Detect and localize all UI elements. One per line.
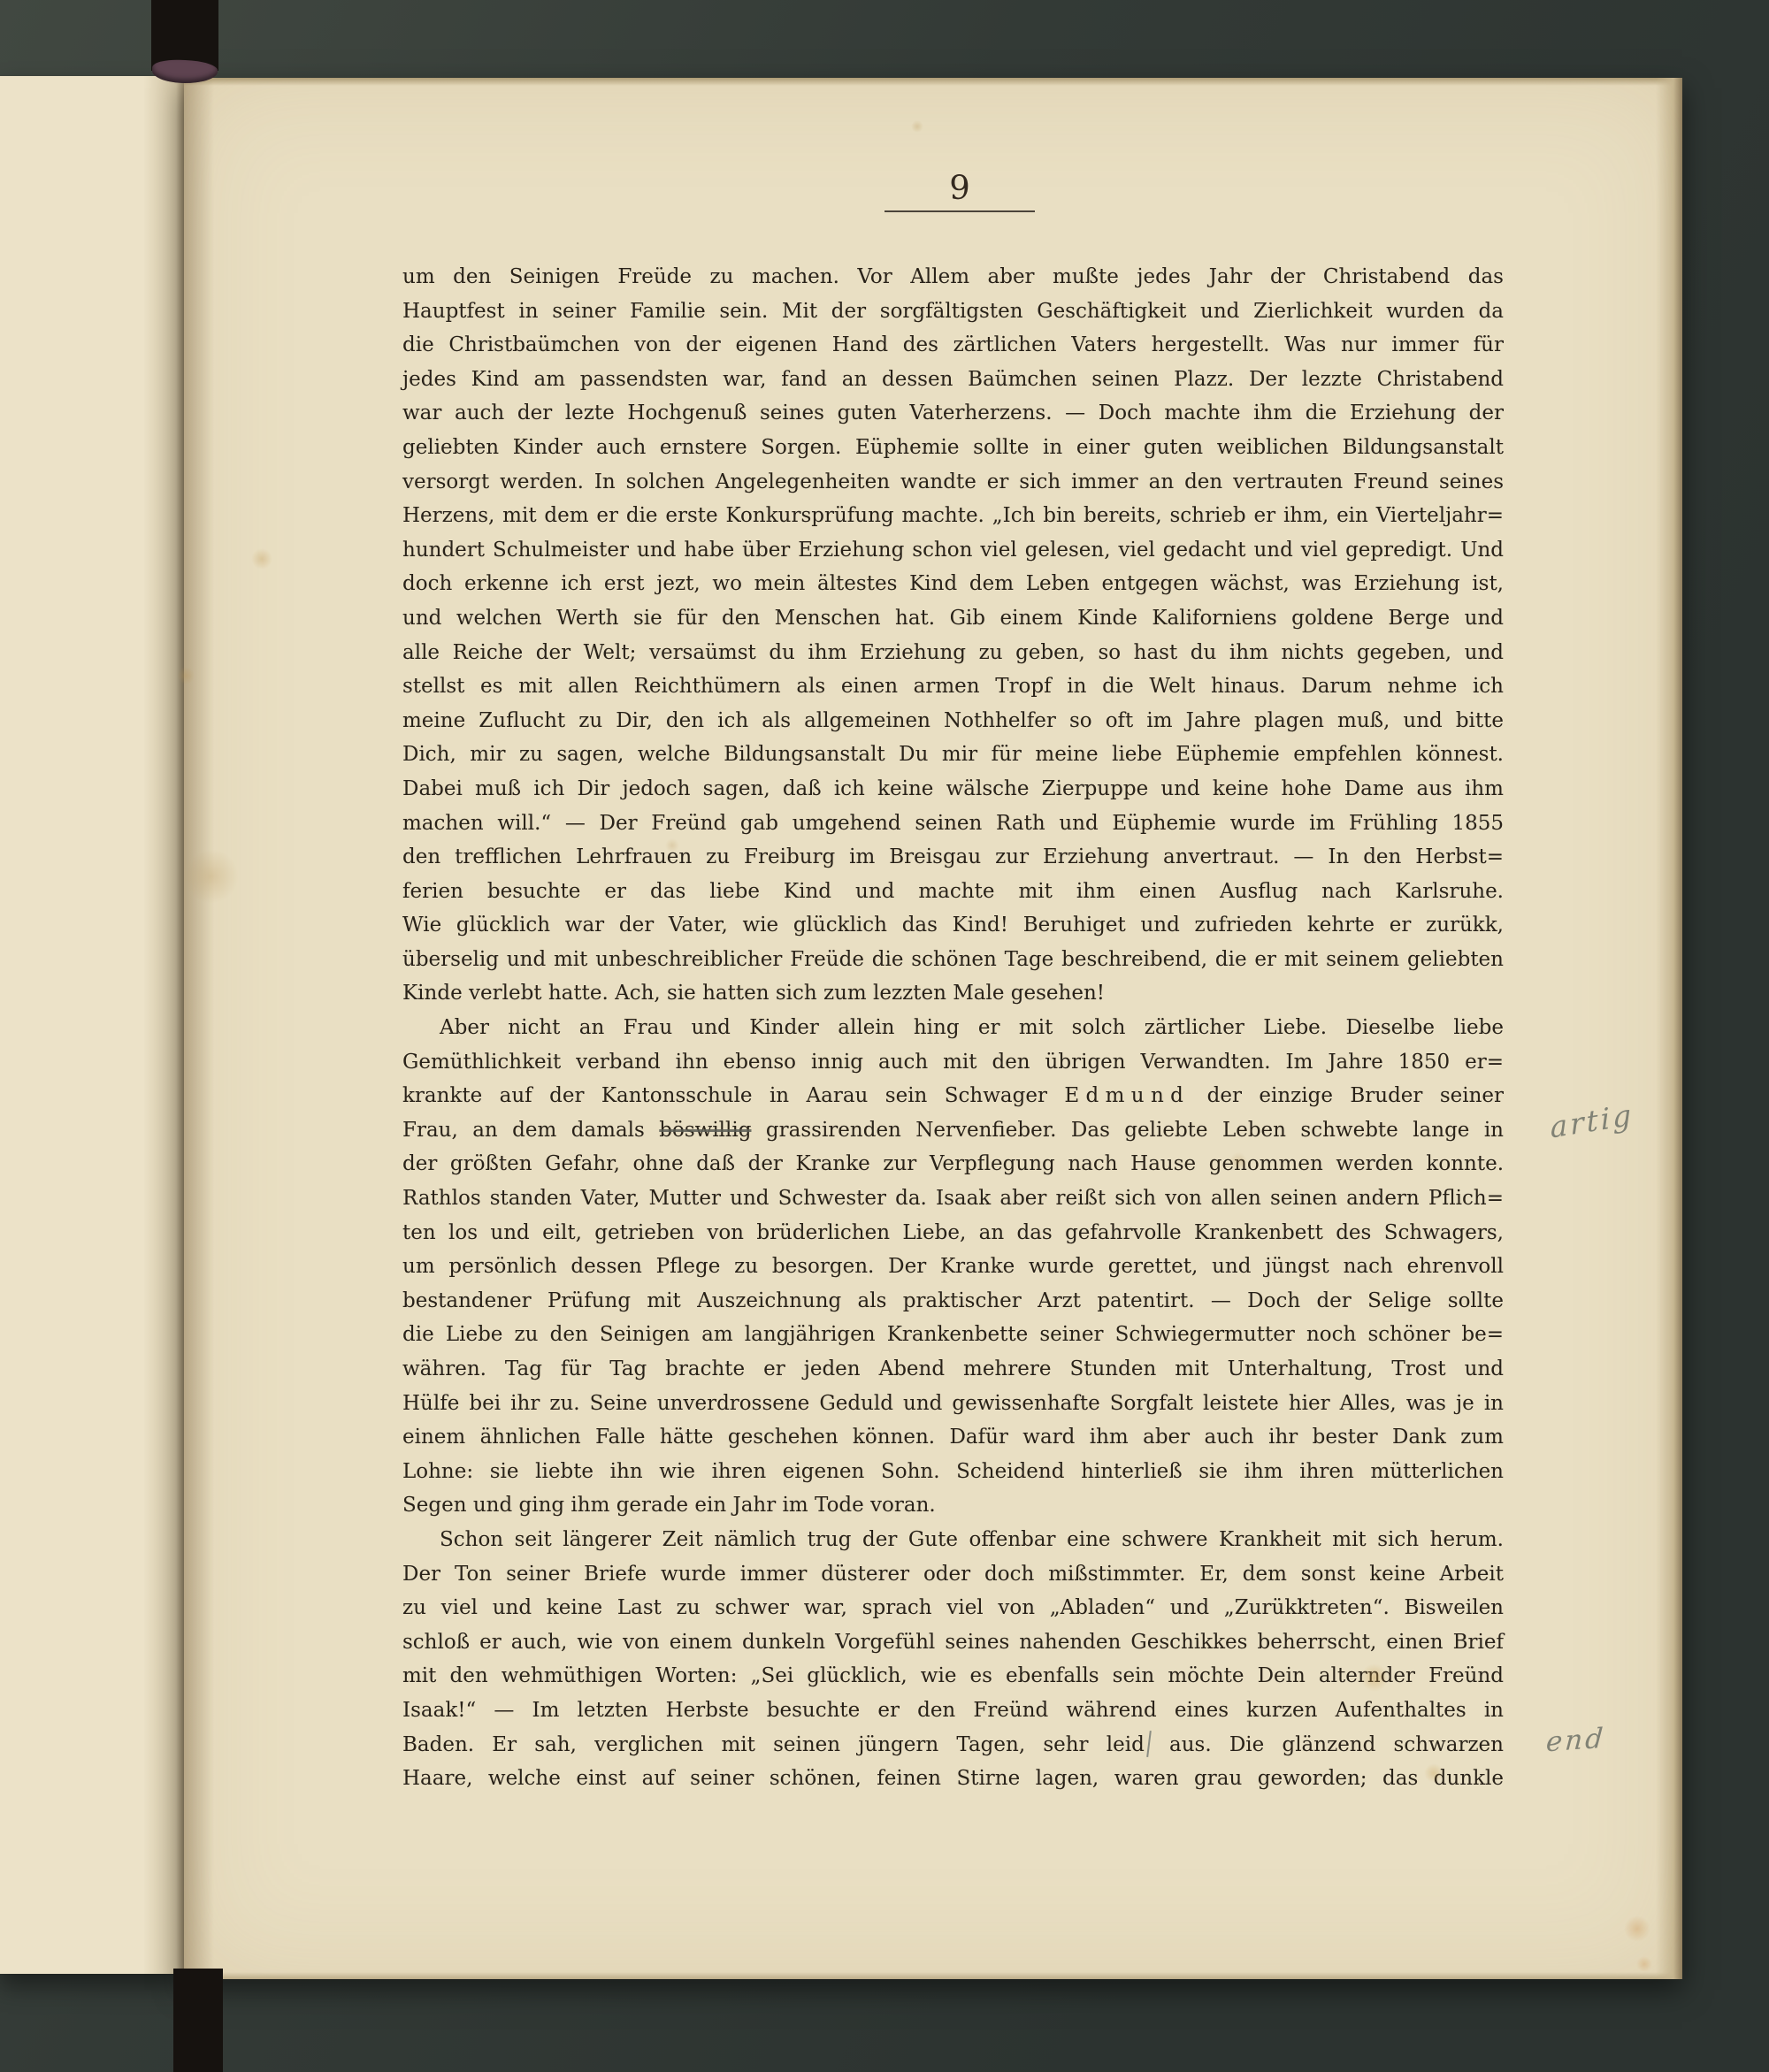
- text-line: schloß er auch, wie von einem dunkeln Vo…: [402, 1625, 1504, 1660]
- text-line: Hülfe bei ihr zu. Seine unverdrossene Ge…: [402, 1387, 1504, 1421]
- text-line: stellst es mit allen Reichthümern als ei…: [402, 669, 1504, 704]
- text-line: Dabei muß ich Dir jedoch sagen, daß ich …: [402, 772, 1504, 807]
- text-line: Hauptfest in seiner Familie sein. Mit de…: [402, 294, 1504, 329]
- text-line: versorgt werden. In solchen Angelegenhei…: [402, 465, 1504, 500]
- facing-page-edge: [0, 76, 184, 1974]
- text-line: Lohne: sie liebte ihn wie ihren eigenen …: [402, 1455, 1504, 1489]
- text-line: zu viel und keine Last zu schwer war, sp…: [402, 1591, 1504, 1625]
- text-line: Kinde verlebt hatte. Ach, sie hatten sic…: [402, 976, 1504, 1011]
- pencil-caret-mark: [1146, 1731, 1152, 1757]
- text-line: den trefflichen Lehrfrauen zu Freiburg i…: [402, 840, 1504, 875]
- text-line: Gemüthlichkeit verband ihn ebenso innig …: [402, 1045, 1504, 1080]
- text-line: geliebten Kinder auch ernstere Sorgen. E…: [402, 431, 1504, 465]
- scan-backdrop: 9 um den Seinigen Freüde zu machen. Vor …: [0, 0, 1769, 2072]
- bookmark-ribbon-bottom: [173, 1969, 223, 2072]
- text-line: machen will.“ — Der Freünd gab umgehend …: [402, 807, 1504, 841]
- text-line: Segen und ging ihm gerade ein Jahr im To…: [402, 1488, 1504, 1523]
- struck-word: böswillig: [659, 1119, 751, 1142]
- text-line: hundert Schulmeister und habe über Erzie…: [402, 533, 1504, 568]
- foxing-stain: [1636, 1956, 1652, 1972]
- text-line: Herzens, mit dem er die erste Konkursprü…: [402, 499, 1504, 533]
- page-header: 9: [884, 172, 1035, 212]
- text-line: war auch der lezte Hochgenuß seines gute…: [402, 396, 1504, 431]
- text-line: der größten Gefahr, ohne daß der Kranke …: [402, 1147, 1504, 1181]
- text-line: jedes Kind am passendsten war, fand an d…: [402, 363, 1504, 397]
- text-line: meine Zuflucht zu Dir, den ich als allge…: [402, 704, 1504, 738]
- text-line: Der Ton seiner Briefe wurde immer düster…: [402, 1557, 1504, 1592]
- foxing-stain: [1624, 1915, 1650, 1942]
- text-line: Aber nicht an Frau und Kinder allein hin…: [402, 1011, 1504, 1045]
- text-line: um persönlich dessen Pflege zu besorgen.…: [402, 1250, 1504, 1284]
- text-line: die Christbaümchen von der eigenen Hand …: [402, 328, 1504, 363]
- handwritten-margin-note: artig: [1550, 1097, 1635, 1144]
- body-text: um den Seinigen Freüde zu machen. Vor Al…: [402, 260, 1504, 1796]
- text-line: Schon seit längerer Zeit nämlich trug de…: [402, 1523, 1504, 1557]
- text-line: ferien besuchte er das liebe Kind und ma…: [402, 875, 1504, 909]
- handwritten-margin-note: end: [1545, 1723, 1607, 1759]
- text-line: Haare, welche einst auf seiner schönen, …: [402, 1762, 1504, 1796]
- text-line: Dich, mir zu sagen, welche Bildungsansta…: [402, 738, 1504, 772]
- text-line: und welchen Werth sie für den Menschen h…: [402, 601, 1504, 636]
- text-line: die Liebe zu den Seinigen am langjährige…: [402, 1318, 1504, 1352]
- page-number-rule: [884, 210, 1035, 212]
- text-line: mit den wehmüthigen Worten: „Sei glückli…: [402, 1659, 1504, 1694]
- book-page: 9 um den Seinigen Freüde zu machen. Vor …: [184, 78, 1682, 1979]
- text-line: Rathlos standen Vater, Mutter und Schwes…: [402, 1181, 1504, 1216]
- text-line: Isaak!“ — Im letzten Herbste besuchte er…: [402, 1694, 1504, 1728]
- text-line: alle Reiche der Welt; versaümst du ihm E…: [402, 636, 1504, 670]
- foxing-stain: [251, 548, 272, 570]
- text-line: Baden. Er sah, verglichen mit seinen jün…: [402, 1728, 1504, 1762]
- text-line: krankte auf der Kantonsschule in Aarau s…: [402, 1079, 1504, 1113]
- text-line: währen. Tag für Tag brachte er jeden Abe…: [402, 1352, 1504, 1387]
- letterspaced-name: Edmund: [1064, 1084, 1190, 1107]
- text-line: überselig und mit unbeschreiblicher Freü…: [402, 943, 1504, 977]
- text-line: bestandener Prüfung mit Auszeichnung als…: [402, 1284, 1504, 1319]
- text-line: Frau, an dem damals böswillig grassirend…: [402, 1113, 1504, 1148]
- text-line: Wie glücklich war der Vater, wie glückli…: [402, 908, 1504, 943]
- foxing-stain: [911, 120, 923, 133]
- foxing-stain: [184, 849, 239, 904]
- page-number: 9: [884, 172, 1035, 204]
- text-line: einem ähnlichen Falle hätte geschehen kö…: [402, 1420, 1504, 1455]
- text-line: um den Seinigen Freüde zu machen. Vor Al…: [402, 260, 1504, 294]
- text-line: doch erkenne ich erst jezt, wo mein älte…: [402, 567, 1504, 601]
- text-line: ten los und eilt, getrieben von brüderli…: [402, 1216, 1504, 1250]
